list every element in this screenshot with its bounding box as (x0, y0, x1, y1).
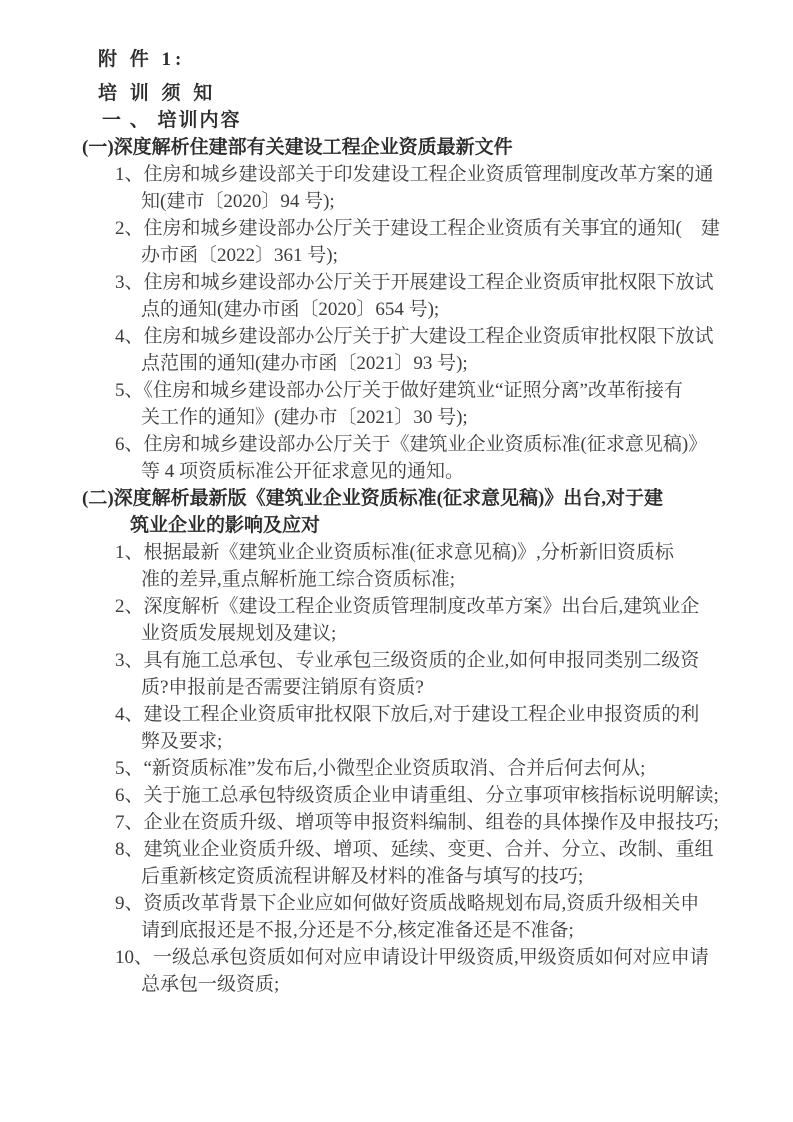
item-text: 建设工程企业资质审批权限下放后,对于建设工程企业申报资质的利 弊及要求; (141, 704, 699, 752)
item-text: “新资质标准”发布后,小微型企业资质取消、合并后何去何从; (144, 758, 646, 779)
item-number: 2、 (115, 596, 144, 617)
item-text: 深度解析《建设工程企业资质管理制度改革方案》出台后,建筑业企 业资质发展规划及建… (141, 596, 699, 644)
item-text: 一级总承包资质如何对应申请设计甲级资质,甲级资质如何对应申请 总承包一级资质; (141, 947, 709, 995)
item-text: 建筑业企业资质升级、增项、延续、变更、合并、分立、改制、重组 后重新核定资质流程… (141, 839, 714, 887)
item-number: 10、 (115, 947, 153, 968)
list-item: 10、一级总承包资质如何对应申请设计甲级资质,甲级资质如何对应申请 总承包一级资… (82, 944, 727, 998)
item-text: 企业在资质升级、增项等申报资料编制、组卷的具体操作及申报技巧; (144, 812, 719, 833)
item-number: 9、 (115, 893, 144, 914)
item-text: 住房和城乡建设部办公厅关于开展建设工程企业资质审批权限下放试 点的通知(建办市函… (141, 272, 714, 320)
list-item: 2、住房和城乡建设部办公厅关于建设工程企业资质有关事宜的通知( 建 办市函〔20… (82, 215, 727, 269)
part2-heading: (二)深度解析最新版《建筑业企业资质标准(征求意见稿)》出台,对于建 筑业企业的… (82, 485, 727, 539)
list-item: 3、住房和城乡建设部办公厅关于开展建设工程企业资质审批权限下放试 点的通知(建办… (82, 269, 727, 323)
list-item: 3、具有施工总承包、专业承包三级资质的企业,如何申报同类别二级资 质?申报前是否… (82, 647, 727, 701)
list-item: 8、建筑业企业资质升级、增项、延续、变更、合并、分立、改制、重组 后重新核定资质… (82, 836, 727, 890)
item-number: 5、 (115, 380, 144, 401)
item-number: 4、 (115, 704, 144, 725)
document-title: 培 训 须 知 (82, 80, 727, 107)
item-number: 4、 (115, 326, 144, 347)
item-number: 2、 (115, 218, 144, 239)
list-item: 4、住房和城乡建设部办公厅关于扩大建设工程企业资质审批权限下放试 点范围的通知(… (82, 323, 727, 377)
list-item: 9、资质改革背景下企业应如何做好资质战略规划布局,资质升级相关申 请到底报还是不… (82, 890, 727, 944)
item-text: 资质改革背景下企业应如何做好资质战略规划布局,资质升级相关申 请到底报还是不报,… (141, 893, 699, 941)
item-text: 住房和城乡建设部办公厅关于《建筑业企业资质标准(征求意见稿)》 等 4 项资质标… (141, 434, 707, 482)
item-number: 6、 (115, 434, 144, 455)
item-text: 《住房和城乡建设部办公厅关于做好建筑业“证照分离”改革衔接有 关工作的通知》(建… (141, 380, 683, 428)
item-number: 6、 (115, 785, 144, 806)
item-text: 住房和城乡建设部关于印发建设工程企业资质管理制度改革方案的通 知(建市〔2020… (141, 164, 714, 212)
list-item: 2、深度解析《建设工程企业资质管理制度改革方案》出台后,建筑业企 业资质发展规划… (82, 593, 727, 647)
list-item: 5、“新资质标准”发布后,小微型企业资质取消、合并后何去何从; (82, 755, 727, 782)
list-item: 6、住房和城乡建设部办公厅关于《建筑业企业资质标准(征求意见稿)》 等 4 项资… (82, 431, 727, 485)
item-text: 住房和城乡建设部办公厅关于建设工程企业资质有关事宜的通知( 建 办市函〔2022… (141, 218, 720, 266)
list-item: 1、住房和城乡建设部关于印发建设工程企业资质管理制度改革方案的通 知(建市〔20… (82, 161, 727, 215)
item-number: 7、 (115, 812, 144, 833)
item-number: 3、 (115, 272, 144, 293)
item-text: 根据最新《建筑业企业资质标准(征求意见稿)》,分析新旧资质标 准的差异,重点解析… (141, 542, 674, 590)
attachment-label: 附 件 1: (82, 46, 727, 73)
list-item: 7、企业在资质升级、增项等申报资料编制、组卷的具体操作及申报技巧; (82, 809, 727, 836)
item-text: 具有施工总承包、专业承包三级资质的企业,如何申报同类别二级资 质?申报前是否需要… (141, 650, 699, 698)
part1-marker: (一) (82, 137, 114, 158)
list-item: 4、建设工程企业资质审批权限下放后,对于建设工程企业申报资质的利 弊及要求; (82, 701, 727, 755)
list-item: 1、根据最新《建筑业企业资质标准(征求意见稿)》,分析新旧资质标 准的差异,重点… (82, 539, 727, 593)
list-item: 5、《住房和城乡建设部办公厅关于做好建筑业“证照分离”改革衔接有 关工作的通知》… (82, 377, 727, 431)
item-text: 关于施工总承包特级资质企业申请重组、分立事项审核指标说明解读; (144, 785, 719, 806)
item-text: 住房和城乡建设部办公厅关于扩大建设工程企业资质审批权限下放试 点范围的通知(建办… (141, 326, 714, 374)
list-item: 6、关于施工总承包特级资质企业申请重组、分立事项审核指标说明解读; (82, 782, 727, 809)
part1-heading: (一)深度解析住建部有关建设工程企业资质最新文件 (82, 134, 727, 161)
document-page: 附 件 1: 培 训 须 知 一 、 培训内容 (一)深度解析住建部有关建设工程… (0, 0, 793, 1122)
item-number: 3、 (115, 650, 144, 671)
item-number: 8、 (115, 839, 144, 860)
item-number: 1、 (115, 164, 144, 185)
part1-heading-text: 深度解析住建部有关建设工程企业资质最新文件 (114, 137, 513, 158)
item-number: 5、 (115, 758, 144, 779)
item-number: 1、 (115, 542, 144, 563)
part2-marker: (二) (82, 488, 114, 509)
section-heading: 一 、 培训内容 (82, 107, 727, 134)
part2-heading-text: 深度解析最新版《建筑业企业资质标准(征求意见稿)》出台,对于建 筑业企业的影响及… (114, 488, 663, 536)
